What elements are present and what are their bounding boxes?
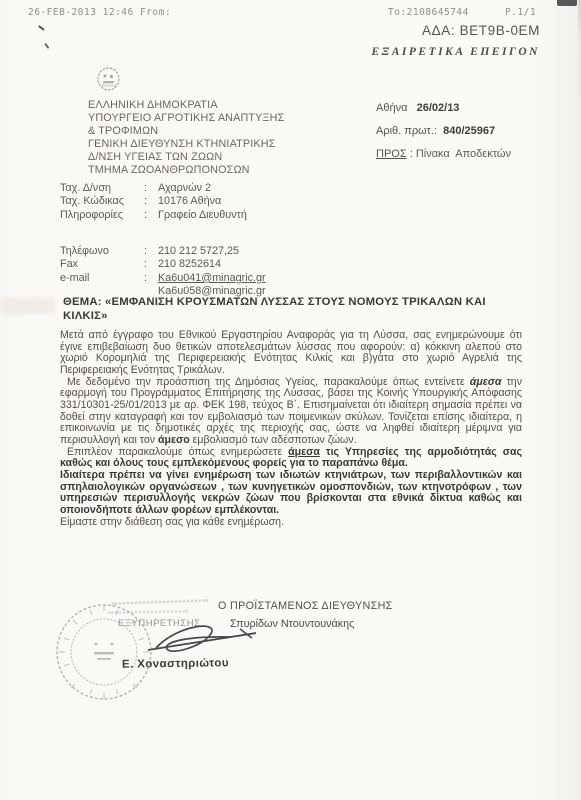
- protocol-label: Αριθ. πρωτ.:: [376, 125, 437, 137]
- address-label: Ταχ. Δ/νση: [60, 182, 144, 195]
- emphasis-immediately: άμεσα: [470, 376, 502, 388]
- email-address: Ka6u041@minagric.gr: [158, 272, 266, 285]
- reference-block: Αθήνα 26/02/13 Αριθ. πρωτ.: 840/25967 ΠΡ…: [376, 102, 511, 171]
- scan-corner-artifact: [557, 0, 577, 6]
- address-row: Ταχ. Κώδικας:10176 Αθήνα: [60, 195, 247, 208]
- emphasis-immediate: άμεσο: [158, 434, 190, 446]
- body-paragraph-3: Επιπλέον παρακαλούμε όπως ενημερώσετε άμ…: [60, 447, 522, 470]
- body-text-run: Με δεδομένο την προάσπιση της Δημόσιας Υ…: [67, 376, 470, 388]
- colon: :: [144, 245, 158, 258]
- phone-number: 210 212 5727,25: [158, 245, 266, 258]
- to-separator: :: [407, 148, 416, 160]
- colon: :: [144, 209, 158, 222]
- colon: :: [144, 182, 158, 195]
- address-value: Αχαρνών 2: [158, 182, 247, 195]
- address-row: Ταχ. Δ/νση:Αχαρνών 2: [60, 182, 247, 195]
- letterhead: ΕΛΛΗΝΙΚΗ ΔΗΜΟΚΡΑΤΙΑ ΥΠΟΥΡΓΕΙΟ ΑΓΡΟΤΙΚΗΣ …: [88, 99, 284, 176]
- subject-line: ΘΕΜΑ: «ΕΜΦΑΝΙΣΗ ΚΡΟΥΣΜΑΤΩΝ ΛΥΣΣΑΣ ΣΤΟΥΣ …: [63, 296, 531, 323]
- fax-recipient-number: To:2108645744: [388, 7, 469, 18]
- letter-body: Μετά από έγγραφο του Εθνικού Εργαστηρίου…: [60, 330, 522, 528]
- letterhead-line: Δ/ΝΣΗ ΥΓΕΙΑΣ ΤΩΝ ΖΩΩΝ: [88, 151, 284, 164]
- contact-block: Τηλέφωνο:210 212 5727,25 Fax:210 8252614…: [60, 245, 266, 299]
- scan-smudge-artifact: [0, 298, 55, 314]
- date-line: Αθήνα 26/02/13: [376, 102, 511, 114]
- body-paragraph-4: Ιδιαίτερα πρέπει να γίνει ενημέρωση των …: [60, 470, 522, 517]
- address-row: Πληροφορίες:Γραφείο Διευθυντή: [60, 209, 247, 222]
- protocol-number: 840/25967: [443, 125, 495, 137]
- letterhead-line: ΓΕΝΙΚΗ ΔΙΕΥΘΥΝΣΗ ΚΤΗΝΙΑΤΡΙΚΗΣ: [88, 138, 284, 151]
- address-value: Γραφείο Διευθυντή: [158, 209, 247, 222]
- body-text-run: εμβολιασμό των αδέσποτων ζώων.: [190, 434, 357, 446]
- recipient-line: ΠΡΟΣ : Πίνακα Αποδεκτών: [376, 148, 511, 160]
- contact-label: Fax: [60, 258, 144, 271]
- city-label: Αθήνα: [376, 102, 407, 114]
- fax-number: 210 8252614: [158, 258, 266, 271]
- address-label: Ταχ. Κώδικας: [60, 195, 144, 208]
- body-text-run: Επιπλέον παρακαλούμε όπως ενημερώσετε: [67, 446, 288, 458]
- contact-label: Τηλέφωνο: [60, 245, 144, 258]
- address-block: Ταχ. Δ/νση:Αχαρνών 2 Ταχ. Κώδικας:10176 …: [60, 182, 247, 222]
- colon: :: [144, 272, 158, 285]
- letterhead-line: ΤΜΗΜΑ ΖΩΟΑΝΘΡΩΠΟΝΟΣΩΝ: [88, 164, 284, 177]
- colon: :: [144, 195, 158, 208]
- recipient-value: Πίνακα Αποδεκτών: [416, 148, 511, 160]
- contact-label: e-mail: [60, 272, 144, 285]
- fax-datetime: 26-FEB-2013 12:46 From:: [28, 7, 171, 18]
- to-label: ΠΡΟΣ: [376, 148, 407, 160]
- svg-text:ΕΛΛΑΣ: ΕΛΛΑΣ: [102, 83, 117, 88]
- contact-row: Τηλέφωνο:210 212 5727,25: [60, 245, 266, 258]
- letterhead-line: ΕΛΛΗΝΙΚΗ ΔΗΜΟΚΡΑΤΙΑ: [88, 99, 284, 112]
- state-emblem-logo: ΕΛΛΑΣ: [95, 66, 122, 95]
- round-ink-stamp: [52, 598, 158, 711]
- letterhead-line: & ΤΡΟΦΙΜΩΝ: [88, 125, 284, 138]
- urgency-label: ΕΞΑΙΡΕΤΙΚΑ ΕΠΕΙΓΟΝ: [0, 46, 540, 58]
- colon: :: [144, 258, 158, 271]
- scanned-letter-page: 26-FEB-2013 12:46 From: To:2108645744 P.…: [0, 0, 581, 800]
- address-label: Πληροφορίες: [60, 209, 144, 222]
- emphasis-immediately-underlined: άμεσα: [288, 446, 320, 458]
- address-value: 10176 Αθήνα: [158, 195, 247, 208]
- body-paragraph-5: Είμαστε στην διάθεση σας για κάθε ενημέρ…: [60, 517, 522, 529]
- certifying-signer-name: Ε. Χοναστηριώτου: [122, 657, 229, 670]
- body-paragraph-2: Με δεδομένο την προάσπιση της Δημόσιας Υ…: [60, 377, 522, 447]
- signatory-title: Ο ΠΡΟΪΣΤΑΜΕΝΟΣ ΔΙΕΥΘΥΝΣΗΣ: [218, 600, 393, 612]
- body-paragraph-1: Μετά από έγγραφο του Εθνικού Εργαστηρίου…: [60, 330, 522, 377]
- fax-page-count: P.1/1: [505, 7, 536, 18]
- contact-row: Fax:210 8252614: [60, 258, 266, 271]
- ada-code: ΑΔΑ: ΒΕΤ9Β-0ΕΜ: [0, 23, 540, 38]
- letterhead-line: ΥΠΟΥΡΓΕΙΟ ΑΓΡΟΤΙΚΗΣ ΑΝΑΠΤΥΞΗΣ: [88, 112, 284, 125]
- protocol-line: Αριθ. πρωτ.: 840/25967: [376, 125, 511, 137]
- contact-row: e-mail:Ka6u041@minagric.gr: [60, 272, 266, 285]
- letter-date: 26/02/13: [417, 102, 460, 114]
